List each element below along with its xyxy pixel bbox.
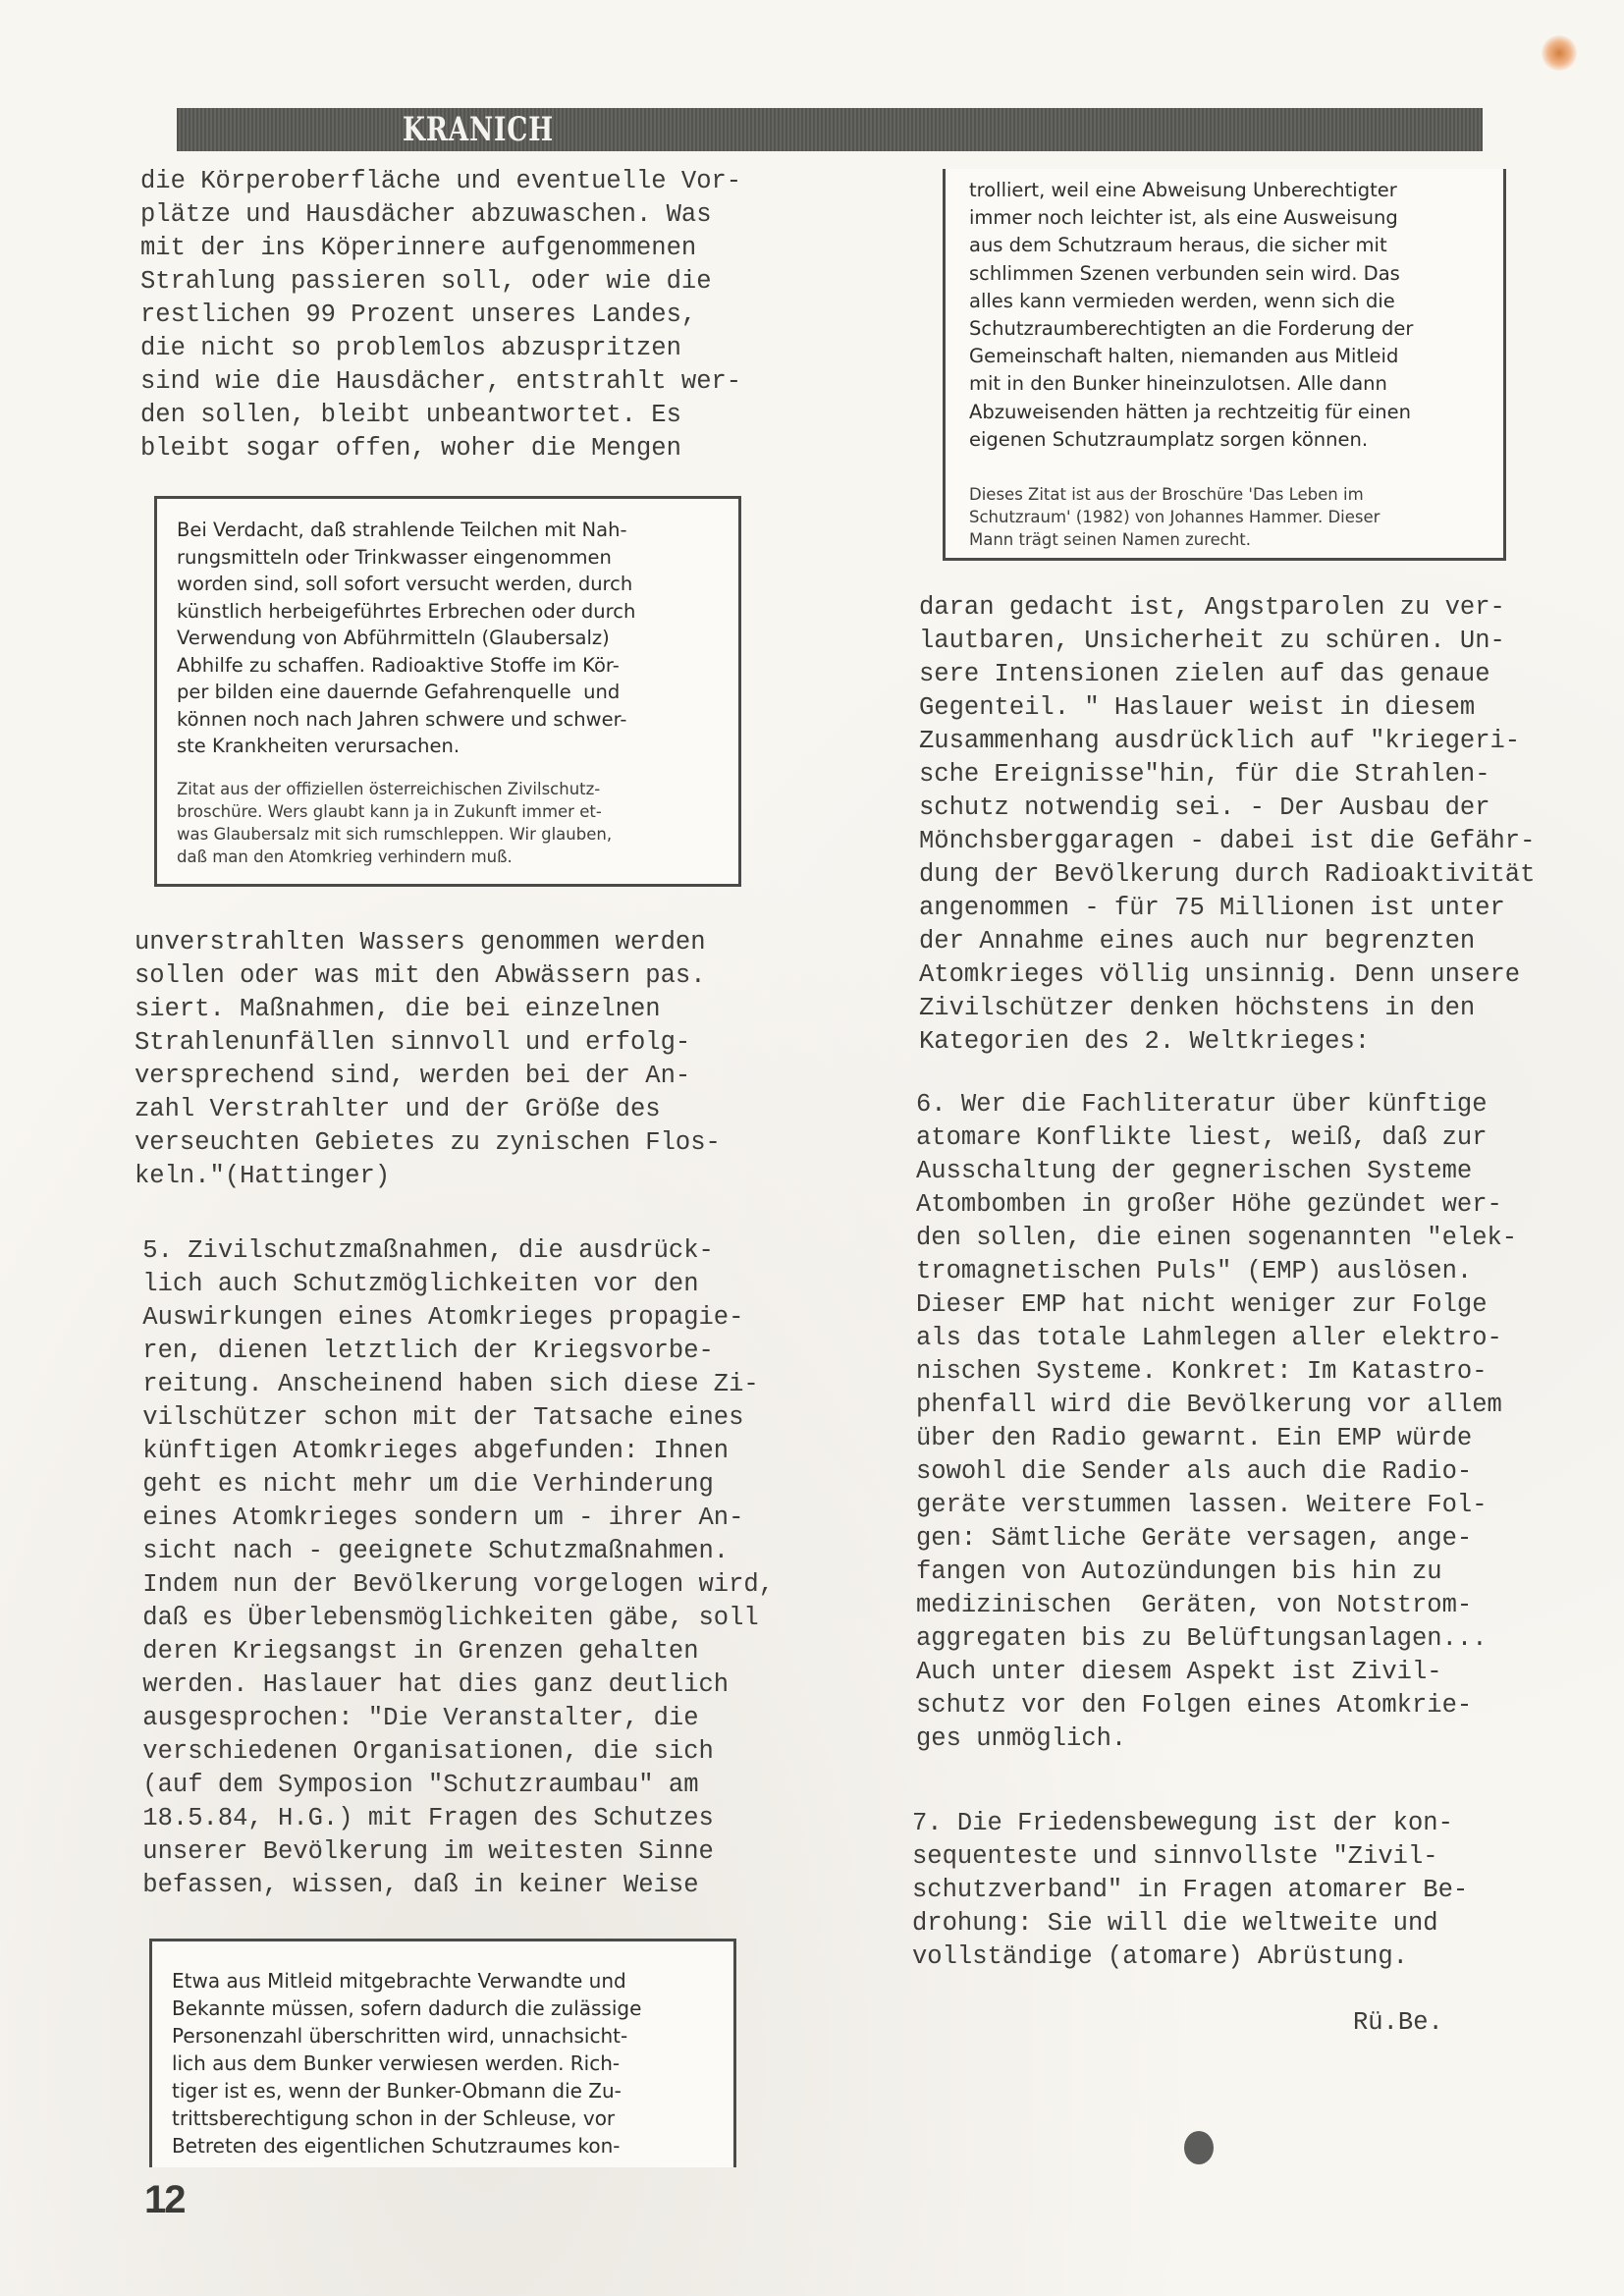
text-line: 6. Wer die Fachliteratur über künftige bbox=[916, 1088, 1517, 1121]
editor-note: Dieses Zitat ist aus der Broschüre 'Das … bbox=[969, 483, 1503, 551]
text-line: daß man den Atomkrieg verhindern muß. bbox=[177, 846, 738, 868]
text-line: siert. Maßnahmen, die bei einzelnen bbox=[135, 993, 721, 1026]
quote-text: Etwa aus Mitleid mitgebrachte Verwandte … bbox=[172, 1967, 733, 2159]
text-line: dung der Bevölkerung durch Radioaktivitä… bbox=[919, 858, 1535, 892]
text-line: künstlich herbeigeführtes Erbrechen oder… bbox=[177, 598, 738, 626]
text-line: Indem nun der Bevölkerung vorgelogen wir… bbox=[128, 1568, 774, 1602]
text-line: Zivilschützer denken höchstens in den bbox=[919, 992, 1535, 1025]
text-line: Dieser EMP hat nicht weniger zur Folge bbox=[916, 1288, 1517, 1322]
text-line: Dieses Zitat ist aus der Broschüre 'Das … bbox=[969, 483, 1503, 506]
left-paragraph-2: unverstrahlten Wassers genommen werdenso… bbox=[135, 926, 721, 1193]
text-line: die nicht so problemlos abzuspritzen bbox=[140, 332, 741, 365]
quote-text: Bei Verdacht, daß strahlende Teilchen mi… bbox=[177, 517, 738, 760]
text-line: reitung. Anscheinend haben sich diese Zi… bbox=[128, 1368, 774, 1401]
text-line: Gegenteil. " Haslauer weist in diesem bbox=[919, 691, 1535, 725]
text-line: eines Atomkrieges sondern um - ihrer An- bbox=[128, 1502, 774, 1535]
text-line: ste Krankheiten verursachen. bbox=[177, 733, 738, 760]
text-line: sind wie die Hausdächer, entstrahlt wer- bbox=[140, 365, 741, 399]
text-line: schutz vor den Folgen eines Atomkrie- bbox=[916, 1689, 1517, 1722]
text-line: vilschützer schon mit der Tatsache eines bbox=[128, 1401, 774, 1435]
editor-note: Zitat aus der offiziellen österreichisch… bbox=[177, 778, 738, 868]
right-paragraph-2-point-6: 6. Wer die Fachliteratur über künftigeat… bbox=[916, 1088, 1517, 1756]
text-line: trolliert, weil eine Abweisung Unberecht… bbox=[969, 177, 1503, 204]
text-line: künftigen Atomkrieges abgefunden: Ihnen bbox=[128, 1435, 774, 1468]
text-line: Schutzraumberechtigten an die Forderung … bbox=[969, 315, 1503, 343]
text-line: sche Ereignisse"hin, für die Strahlen- bbox=[919, 758, 1535, 792]
text-line: Kategorien des 2. Weltkrieges: bbox=[919, 1025, 1535, 1059]
rust-stain bbox=[1542, 35, 1577, 71]
author-signature: Rü.Be. bbox=[1353, 2006, 1443, 2040]
text-line: Bekannte müssen, sofern dadurch die zulä… bbox=[172, 1995, 733, 2022]
text-line: Betreten des eigentlichen Schutzraumes k… bbox=[172, 2132, 733, 2159]
text-line: verschiedenen Organisationen, die sich bbox=[128, 1735, 774, 1769]
text-line: deren Kriegsangst in Grenzen gehalten bbox=[128, 1635, 774, 1668]
text-line: Abhilfe zu schaffen. Radioaktive Stoffe … bbox=[177, 652, 738, 680]
text-line: angenommen - für 75 Millionen ist unter bbox=[919, 892, 1535, 925]
text-line: 18.5.84, H.G.) mit Fragen des Schutzes bbox=[128, 1802, 774, 1835]
text-line: medizinischen Geräten, von Notstrom- bbox=[916, 1589, 1517, 1622]
text-line: werden. Haslauer hat dies ganz deutlich bbox=[128, 1668, 774, 1702]
text-line: (auf dem Symposion "Schutzraumbau" am bbox=[128, 1769, 774, 1802]
text-line: zahl Verstrahlter und der Größe des bbox=[135, 1093, 721, 1126]
masthead-bar: KRANICH bbox=[177, 108, 1483, 151]
text-line: 5. Zivilschutzmaßnahmen, die ausdrück- bbox=[128, 1234, 774, 1268]
text-line: Mann trägt seinen Namen zurecht. bbox=[969, 528, 1503, 551]
text-line: drohung: Sie will die weltweite und bbox=[912, 1907, 1468, 1941]
left-paragraph-3-point-5: 5. Zivilschutzmaßnahmen, die ausdrück- l… bbox=[128, 1234, 774, 1902]
text-line: Zusammenhang ausdrücklich auf "kriegeri- bbox=[919, 725, 1535, 758]
text-line: Zitat aus der offiziellen österreichisch… bbox=[177, 778, 738, 800]
quote-box-mitleid: Etwa aus Mitleid mitgebrachte Verwandte … bbox=[149, 1939, 736, 2167]
text-line: sicht nach - geeignete Schutzmaßnahmen. bbox=[128, 1535, 774, 1568]
text-line: den sollen, die einen sogenannten "elek- bbox=[916, 1222, 1517, 1255]
text-line: den sollen, bleibt unbeantwortet. Es bbox=[140, 399, 741, 432]
text-line: phenfall wird die Bevölkerung vor allem bbox=[916, 1389, 1517, 1422]
text-line: immer noch leichter ist, als eine Auswei… bbox=[969, 204, 1503, 232]
text-line: geht es nicht mehr um die Verhinderung bbox=[128, 1468, 774, 1502]
text-line: nischen Systeme. Konkret: Im Katastro- bbox=[916, 1355, 1517, 1389]
text-line: über den Radio gewarnt. Ein EMP würde bbox=[916, 1422, 1517, 1455]
text-line: schutzverband" in Fragen atomarer Be- bbox=[912, 1874, 1468, 1907]
text-line: lautbaren, Unsicherheit zu schüren. Un- bbox=[919, 625, 1535, 658]
text-line: aggregaten bis zu Belüftungsanlagen... bbox=[916, 1622, 1517, 1656]
text-line: mit in den Bunker hineinzulotsen. Alle d… bbox=[969, 370, 1503, 398]
text-line: schutz notwendig sei. - Der Ausbau der bbox=[919, 792, 1535, 825]
text-line: rungsmitteln oder Trinkwasser eingenomme… bbox=[177, 544, 738, 572]
text-line: sowohl die Sender als auch die Radio- bbox=[916, 1455, 1517, 1489]
text-line: Atombomben in großer Höhe gezündet wer- bbox=[916, 1188, 1517, 1222]
text-line: lich aus dem Bunker verwiesen werden. Ri… bbox=[172, 2050, 733, 2077]
text-line: Auswirkungen eines Atomkrieges propagie- bbox=[128, 1301, 774, 1335]
text-line: trittsberechtigung schon in der Schleuse… bbox=[172, 2105, 733, 2132]
text-line: lich auch Schutzmöglichkeiten vor den bbox=[128, 1268, 774, 1301]
text-line: worden sind, soll sofort versucht werden… bbox=[177, 571, 738, 598]
text-line: geräte verstummen lassen. Weitere Fol- bbox=[916, 1489, 1517, 1522]
text-line: Gemeinschaft halten, niemanden aus Mitle… bbox=[969, 343, 1503, 370]
text-line: Auch unter diesem Aspekt ist Zivil- bbox=[916, 1656, 1517, 1689]
text-line: der Annahme eines auch nur begrenzten bbox=[919, 925, 1535, 958]
text-line: aus dem Schutzraum heraus, die sicher mi… bbox=[969, 232, 1503, 259]
quote-text: trolliert, weil eine Abweisung Unberecht… bbox=[969, 177, 1503, 454]
text-line: ges unmöglich. bbox=[916, 1722, 1517, 1756]
text-line: sollen oder was mit den Abwässern pas. bbox=[135, 959, 721, 993]
text-line: daran gedacht ist, Angstparolen zu ver- bbox=[919, 591, 1535, 625]
text-line: Schutzraum' (1982) von Johannes Hammer. … bbox=[969, 506, 1503, 528]
quote-box-glaubersalz: Bei Verdacht, daß strahlende Teilchen mi… bbox=[154, 496, 741, 887]
text-line: broschüre. Wers glaubt kann ja in Zukunf… bbox=[177, 800, 738, 823]
right-paragraph-1: daran gedacht ist, Angstparolen zu ver-l… bbox=[919, 591, 1535, 1059]
publication-title: KRANICH bbox=[403, 110, 554, 149]
text-line: tromagnetischen Puls" (EMP) auslösen. bbox=[916, 1255, 1517, 1288]
right-paragraph-3-point-7: 7. Die Friedensbewegung ist der kon-sequ… bbox=[912, 1807, 1468, 1974]
text-line: bleibt sogar offen, woher die Mengen bbox=[140, 432, 741, 465]
text-line: unverstrahlten Wassers genommen werden bbox=[135, 926, 721, 959]
text-line: Etwa aus Mitleid mitgebrachte Verwandte … bbox=[172, 1967, 733, 1995]
text-line: keln."(Hattinger) bbox=[135, 1160, 721, 1193]
text-line: Strahlenunfällen sinnvoll und erfolg- bbox=[135, 1026, 721, 1060]
text-line: sere Intensionen zielen auf das genaue bbox=[919, 658, 1535, 691]
text-line: ausgesprochen: "Die Veranstalter, die bbox=[128, 1702, 774, 1735]
text-line: was Glaubersalz mit sich rumschleppen. W… bbox=[177, 823, 738, 846]
text-line: befassen, wissen, daß in keiner Weise bbox=[128, 1869, 774, 1902]
text-line: können noch nach Jahren schwere und schw… bbox=[177, 706, 738, 734]
text-line: alles kann vermieden werden, wenn sich d… bbox=[969, 288, 1503, 315]
text-line: Mönchsberggaragen - dabei ist die Gefähr… bbox=[919, 825, 1535, 858]
text-line: fangen von Autozündungen bis hin zu bbox=[916, 1556, 1517, 1589]
text-line: unserer Bevölkerung im weitesten Sinne bbox=[128, 1835, 774, 1869]
text-line: vollständige (atomare) Abrüstung. bbox=[912, 1941, 1468, 1974]
text-line: gen: Sämtliche Geräte versagen, ange- bbox=[916, 1522, 1517, 1556]
text-line: schlimmen Szenen verbunden sein wird. Da… bbox=[969, 260, 1503, 288]
text-line: versprechend sind, werden bei der An- bbox=[135, 1060, 721, 1093]
text-line: restlichen 99 Prozent unseres Landes, bbox=[140, 299, 741, 332]
text-line: Personenzahl überschritten wird, unnachs… bbox=[172, 2022, 733, 2050]
text-line: Bei Verdacht, daß strahlende Teilchen mi… bbox=[177, 517, 738, 544]
text-line: per bilden eine dauernde Gefahrenquelle … bbox=[177, 679, 738, 706]
text-line: plätze und Hausdächer abzuwaschen. Was bbox=[140, 198, 741, 232]
left-paragraph-1: die Körperoberfläche und eventuelle Vor-… bbox=[140, 165, 741, 465]
text-line: als das totale Lahmlegen aller elektro- bbox=[916, 1322, 1517, 1355]
text-line: atomare Konflikte liest, weiß, daß zur bbox=[916, 1121, 1517, 1155]
quote-box-hammer: trolliert, weil eine Abweisung Unberecht… bbox=[943, 169, 1506, 561]
text-line: die Körperoberfläche und eventuelle Vor- bbox=[140, 165, 741, 198]
text-line: Atomkrieges völlig unsinnig. Denn unsere bbox=[919, 958, 1535, 992]
text-line: Abzuweisenden hätten ja rechtzeitig für … bbox=[969, 399, 1503, 426]
text-line: eigenen Schutzraumplatz sorgen können. bbox=[969, 426, 1503, 454]
text-line: Ausschaltung der gegnerischen Systeme bbox=[916, 1155, 1517, 1188]
text-line: Strahlung passieren soll, oder wie die bbox=[140, 265, 741, 299]
text-line: 7. Die Friedensbewegung ist der kon- bbox=[912, 1807, 1468, 1840]
end-of-article-dot bbox=[1184, 2131, 1214, 2164]
page-number: 12 bbox=[144, 2178, 185, 2222]
text-line: daß es Überlebensmöglichkeiten gäbe, sol… bbox=[128, 1602, 774, 1635]
text-line: sequenteste und sinnvollste "Zivil- bbox=[912, 1840, 1468, 1874]
text-line: ren, dienen letztlich der Kriegsvorbe- bbox=[128, 1335, 774, 1368]
text-line: verseuchten Gebietes zu zynischen Flos- bbox=[135, 1126, 721, 1160]
text-line: tiger ist es, wenn der Bunker-Obmann die… bbox=[172, 2077, 733, 2105]
text-line: Verwendung von Abführmitteln (Glaubersal… bbox=[177, 625, 738, 652]
text-line: mit der ins Köperinnere aufgenommenen bbox=[140, 232, 741, 265]
